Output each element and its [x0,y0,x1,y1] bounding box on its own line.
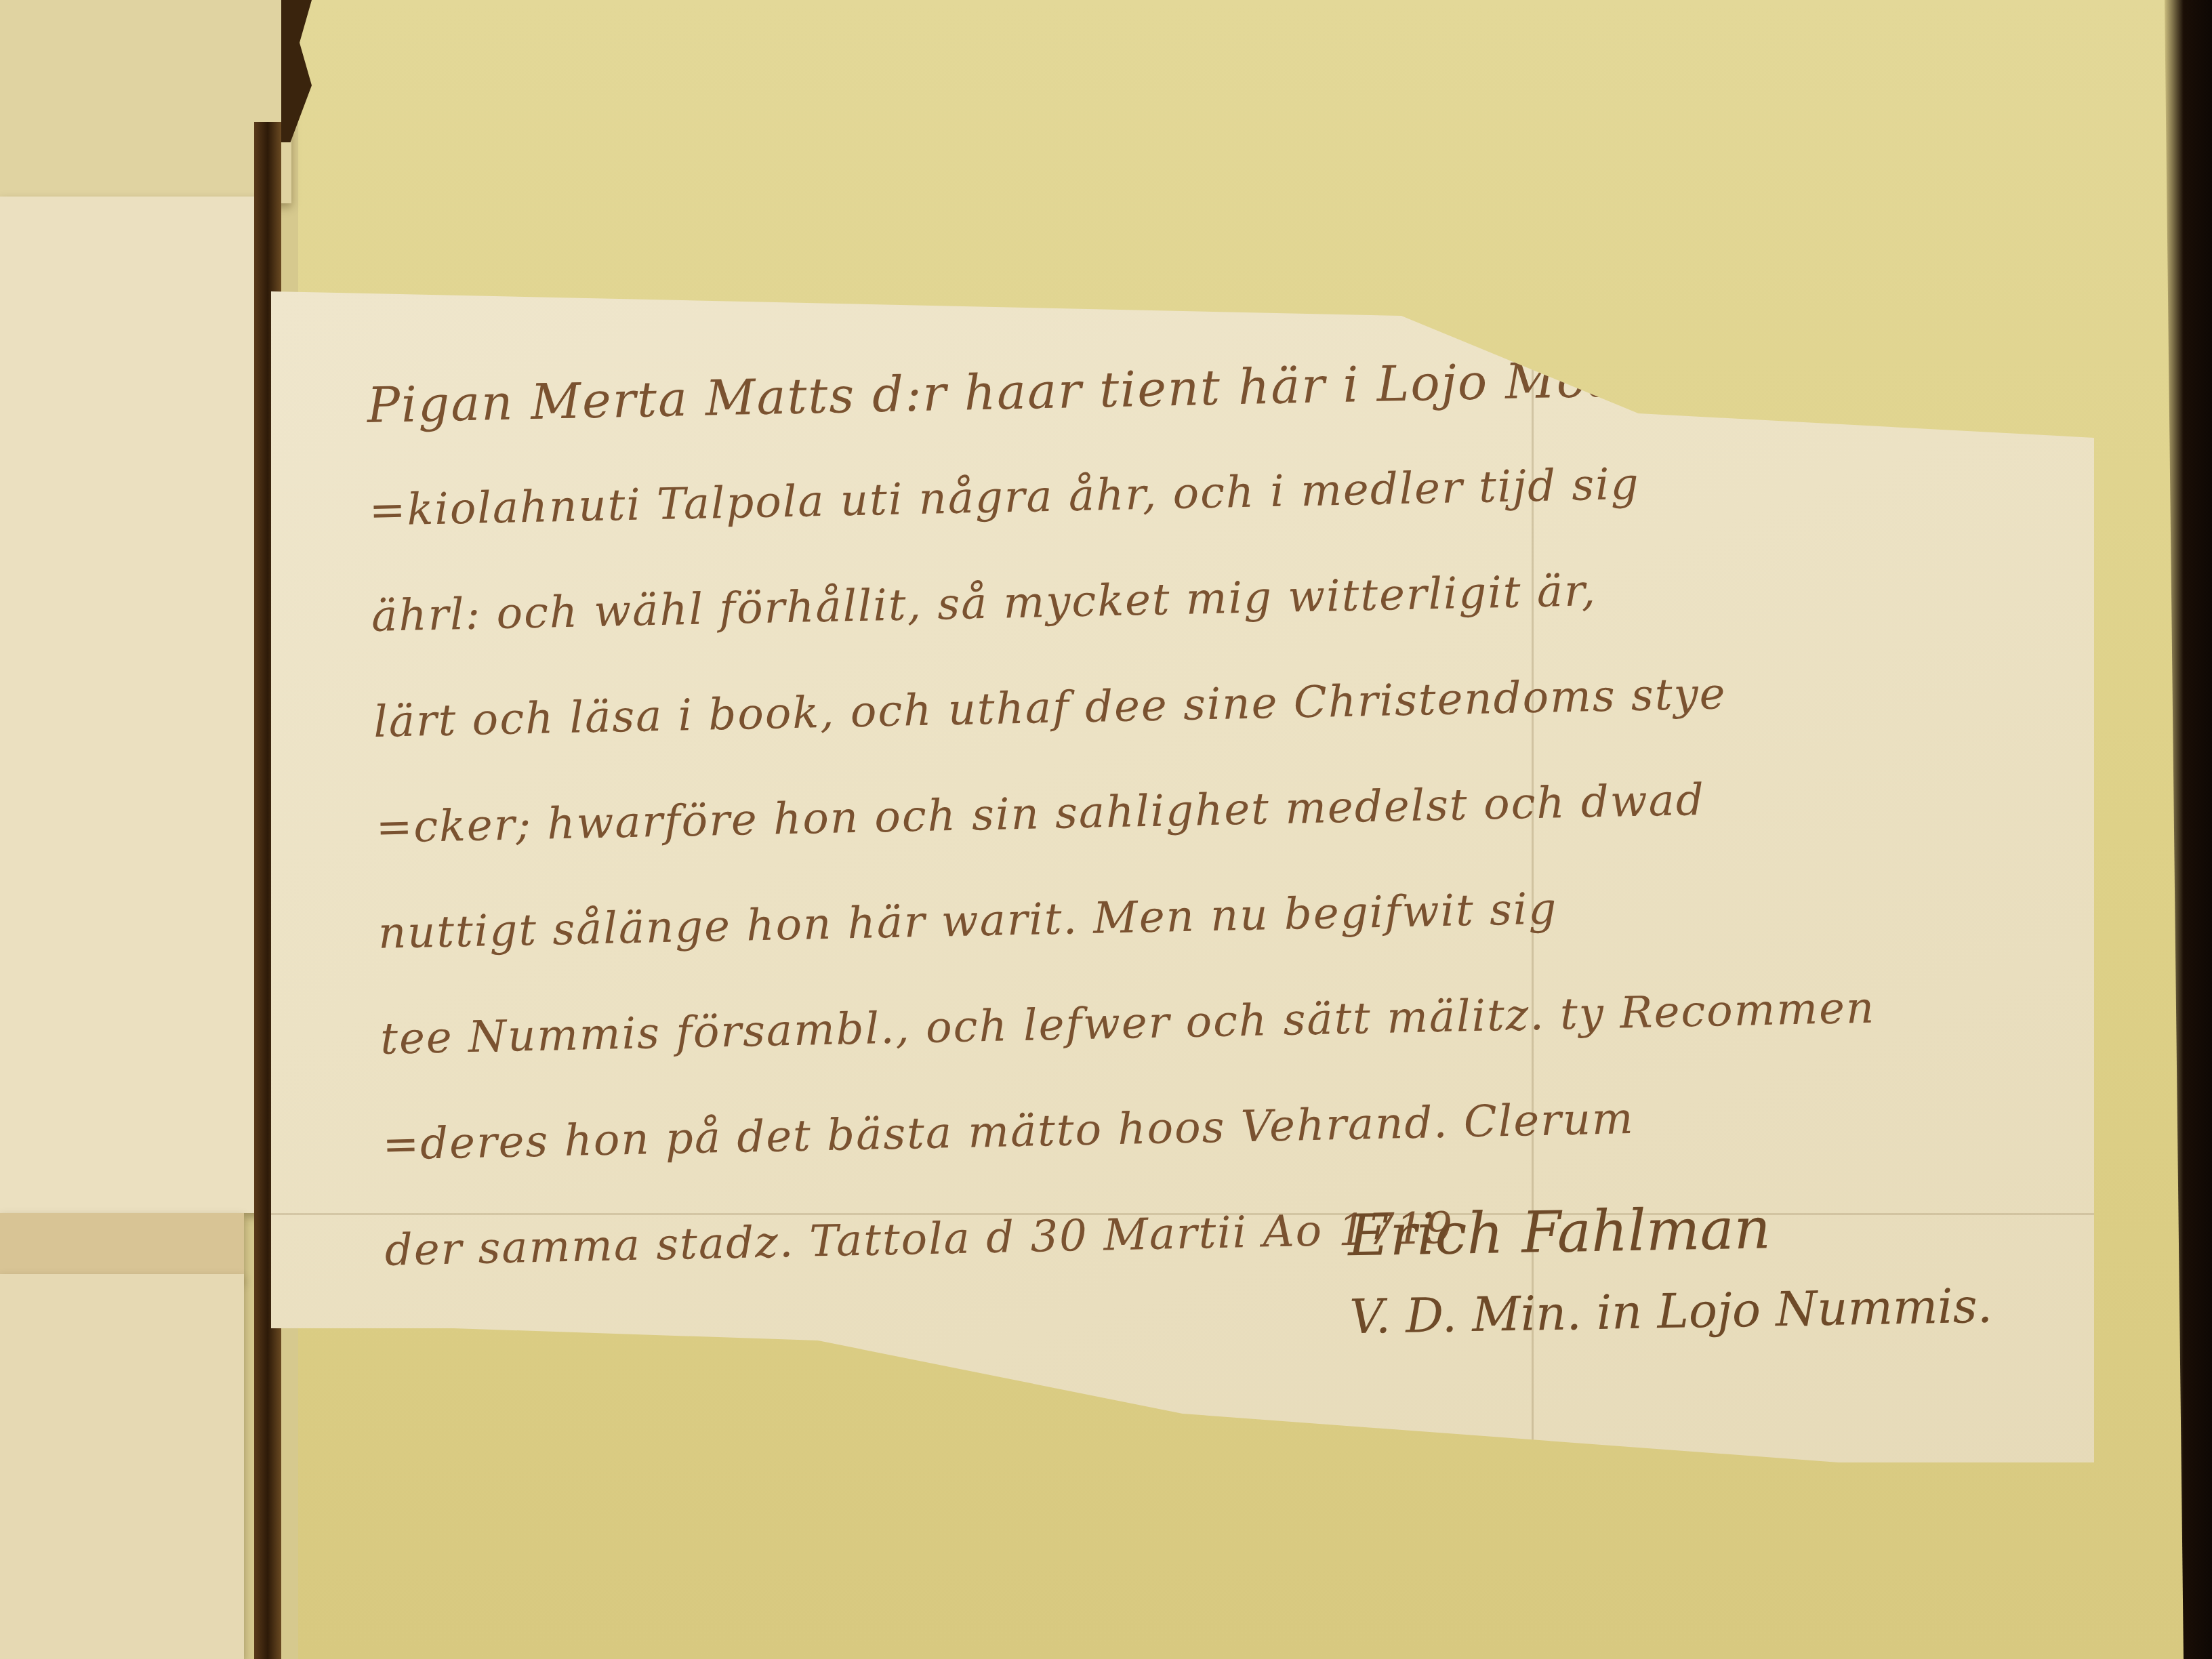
handwritten-letter: Pigan Merta Matts d:r haar tient här i L… [271,291,2094,1511]
leaf-strip [0,1213,244,1281]
left-stacked-leaves [0,0,312,1659]
signature-block: Erich Fahlman V. D. Min. in Lojo Nummis. [1347,1181,1993,1355]
faint-bleedthrough-writing [14,576,203,1186]
letter-body: Pigan Merta Matts d:r haar tient här i L… [366,318,2039,1304]
leaf-top [0,0,291,203]
signature-name: Erich Fahlman [1347,1181,1992,1280]
leaf-middle [0,197,271,1213]
leaf-bottom [0,1274,244,1659]
signature-title: V. D. Min. in Lojo Nummis. [1349,1269,1992,1355]
torn-spine-icon [281,0,312,142]
